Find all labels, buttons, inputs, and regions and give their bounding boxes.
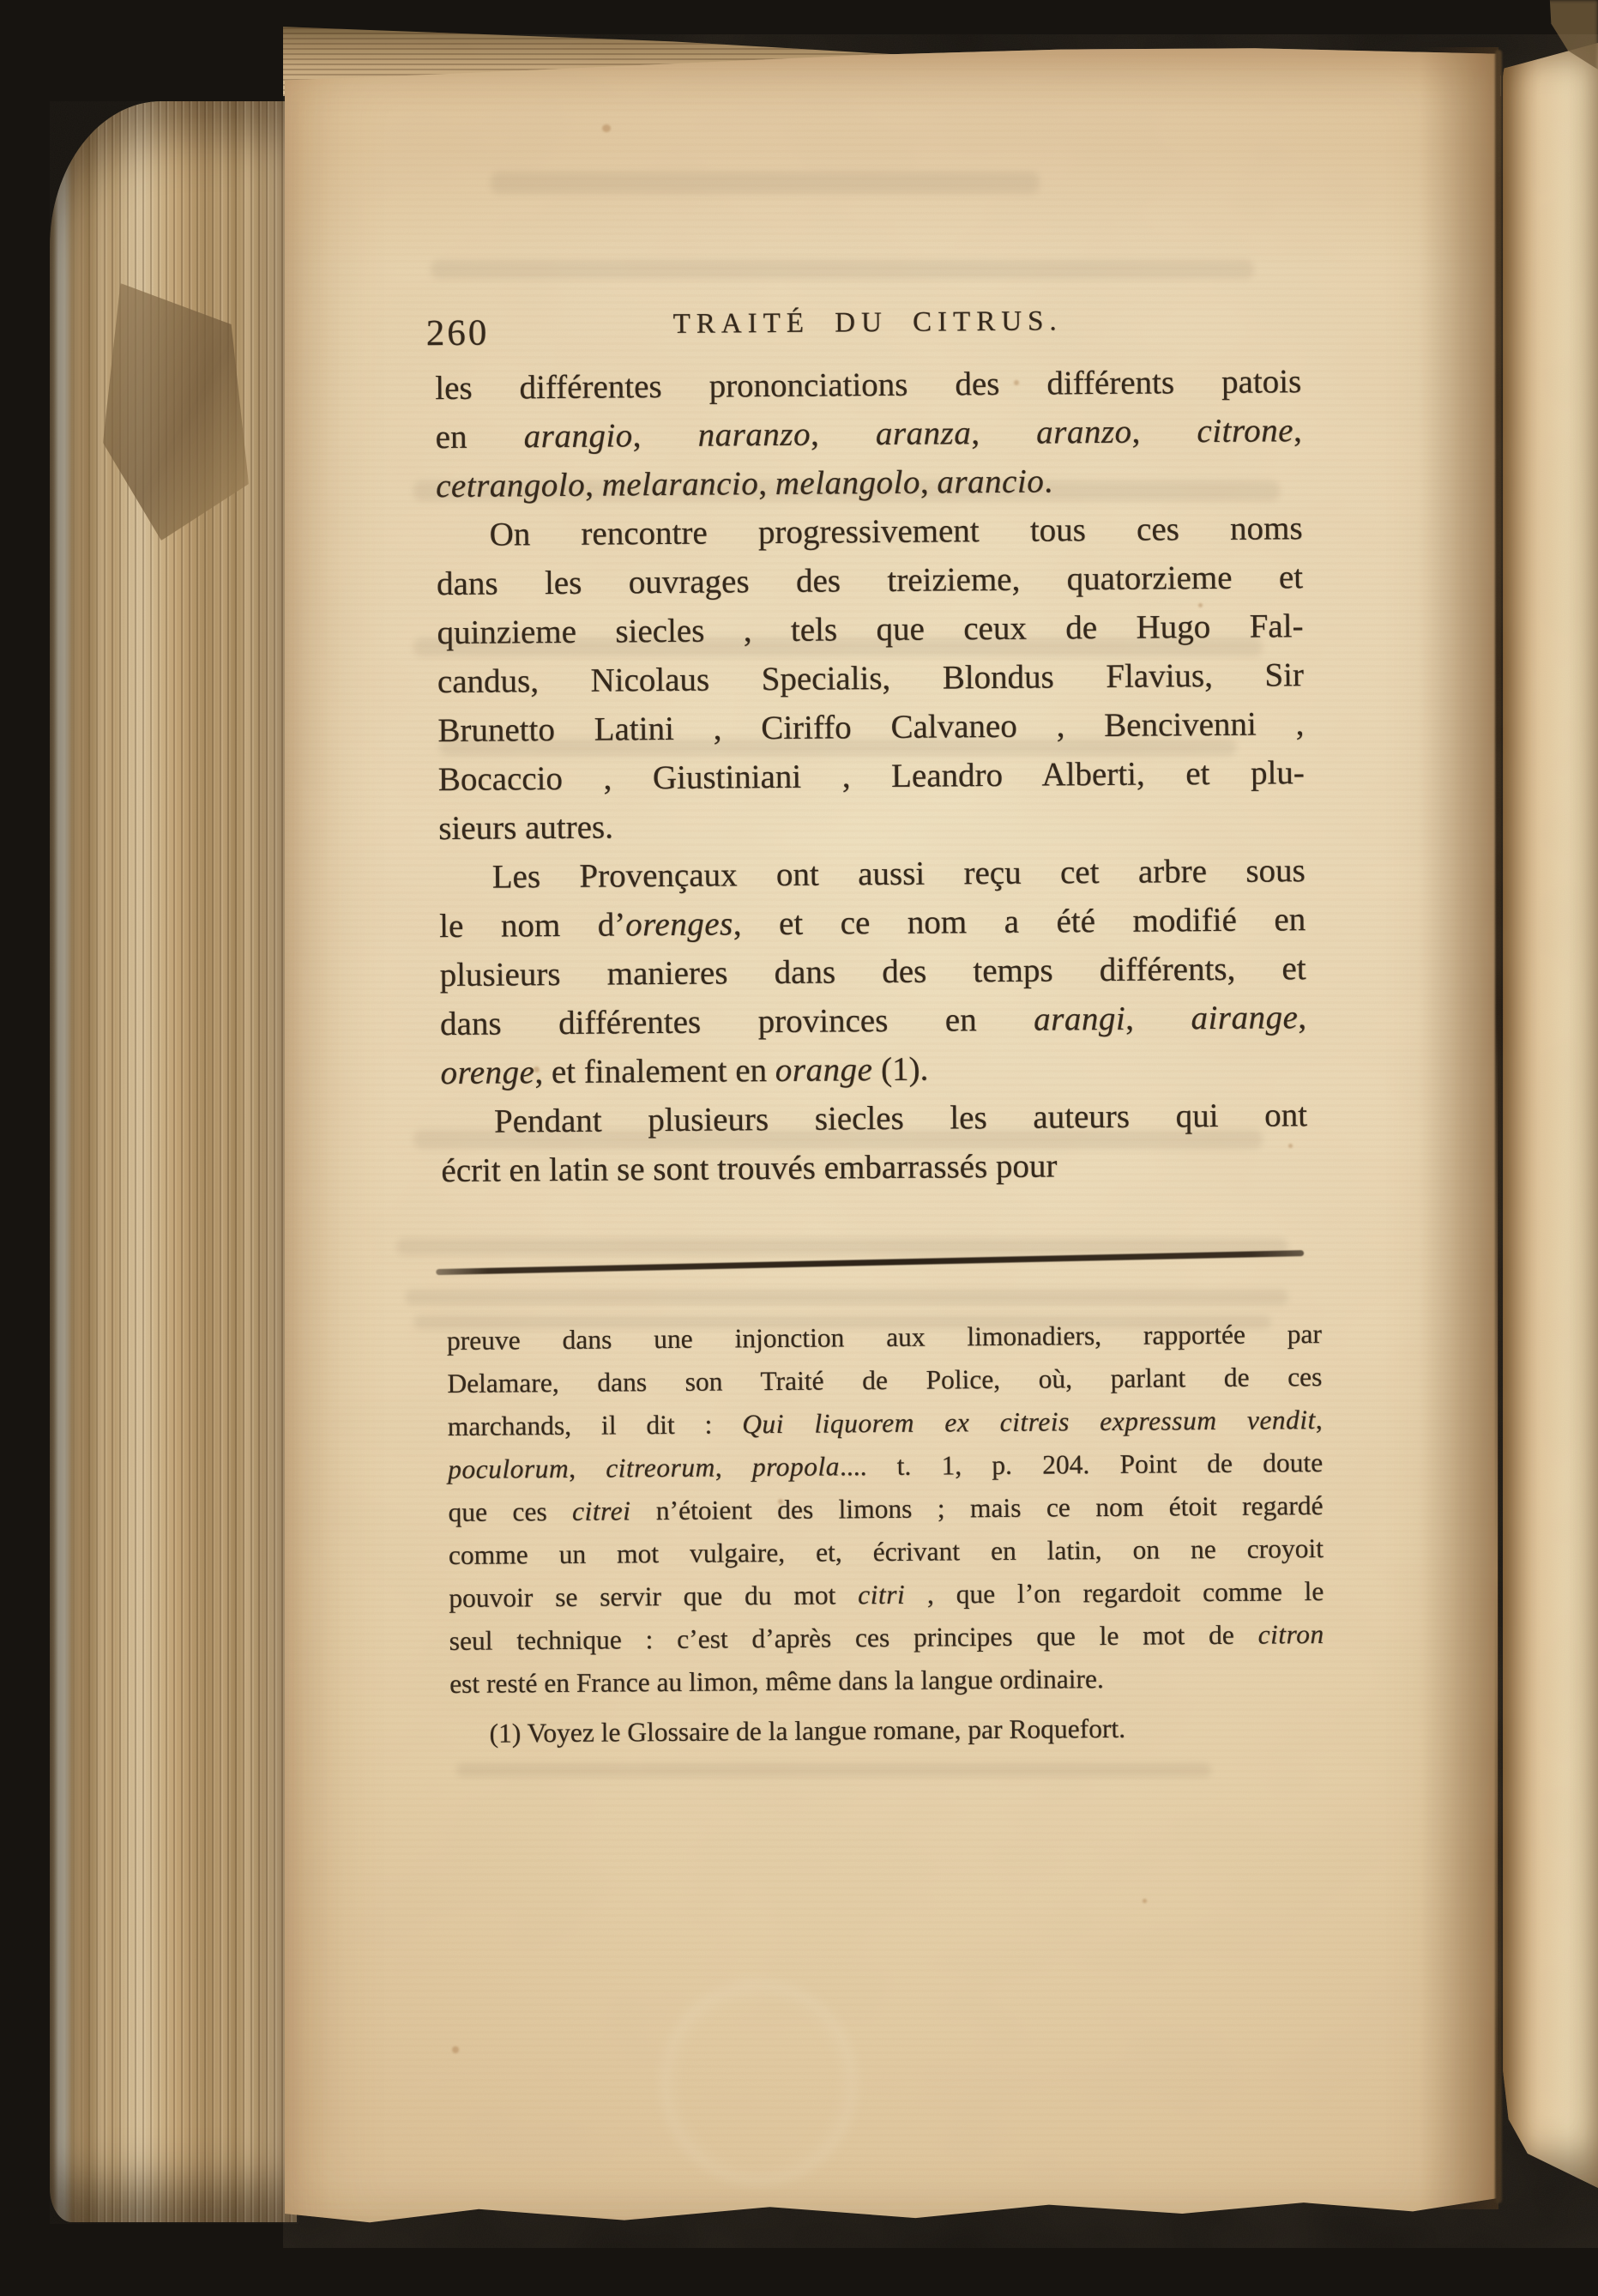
text-line: les différentes prononciations des diffé… xyxy=(435,357,1301,413)
text-line: écrit en latin se sont trouvés embarrass… xyxy=(441,1139,1307,1195)
text-line: marchands, il dit : Qui liquorem ex citr… xyxy=(448,1399,1323,1448)
paragraph: On rencontre progressivement tous ces no… xyxy=(436,504,1305,853)
footnote-separator-rule xyxy=(436,1250,1304,1275)
text-line: comme un mot vulgaire, et, écrivant en l… xyxy=(449,1527,1324,1577)
text-line: Brunetto Latini , Ciriffo Calvaneo , Ben… xyxy=(437,699,1304,755)
printed-text-layer: 260 TRAITÉ DU CITRUS. les différentes pr… xyxy=(0,0,1598,2296)
paragraph: les différentes prononciations des diffé… xyxy=(435,357,1302,511)
text-line: le nom d’orenges, et ce nom a été modifi… xyxy=(439,895,1306,951)
text-line: preuve dans une injonction aux limonadie… xyxy=(447,1313,1322,1362)
text-line: pouvoir se servir que du mot citri , que… xyxy=(449,1570,1324,1620)
text-line: dans différentes provinces en arangi, ai… xyxy=(440,993,1306,1048)
footnote-paragraph: preuve dans une injonction aux limonadie… xyxy=(447,1313,1325,1706)
text-line: en arangio, naranzo, aranza, aranzo, cit… xyxy=(435,406,1301,462)
text-line: sieurs autres. xyxy=(438,797,1305,853)
text-line: est resté en France au limon, même dans … xyxy=(449,1656,1324,1706)
text-line: dans les ouvrages des treizieme, quatorz… xyxy=(437,553,1303,608)
text-line: cetrangolo, melarancio, melangolo, aranc… xyxy=(436,455,1302,511)
running-title: TRAITÉ DU CITRUS. xyxy=(435,304,1301,342)
text-line: seul technique : c’est d’après ces princ… xyxy=(449,1613,1324,1663)
text-line: Les Provençaux ont aussi reçu cet arbre … xyxy=(439,846,1306,902)
footnote-paragraph: (1) Voyez le Glossaire de la langue roma… xyxy=(449,1706,1324,1755)
footnote-text: preuve dans une injonction aux limonadie… xyxy=(447,1313,1325,1755)
paragraph: Pendant plusieurs siecles les auteurs qu… xyxy=(441,1091,1308,1195)
text-line: Pendant plusieurs siecles les auteurs qu… xyxy=(441,1091,1307,1146)
text-line: On rencontre progressivement tous ces no… xyxy=(436,504,1302,559)
text-line: plusieurs manieres dans des temps différ… xyxy=(439,944,1306,1000)
text-line: poculorum, citreorum, propola.... t. 1, … xyxy=(448,1441,1323,1491)
text-line: quinzieme siecles , tels que ceux de Hug… xyxy=(437,601,1303,657)
body-text: les différentes prononciations des diffé… xyxy=(435,357,1308,1195)
text-line: Delamare, dans son Traité de Police, où,… xyxy=(447,1356,1322,1405)
paragraph: Les Provençaux ont aussi reçu cet arbre … xyxy=(439,846,1307,1097)
text-line: candus, Nicolaus Specialis, Blondus Flav… xyxy=(437,650,1304,706)
text-line: (1) Voyez le Glossaire de la langue roma… xyxy=(449,1706,1324,1755)
text-line: que ces citrei n’étoient des limons ; ma… xyxy=(448,1484,1323,1534)
scanned-book-photo: 260 TRAITÉ DU CITRUS. les différentes pr… xyxy=(0,0,1598,2296)
text-line: orenge, et finalement en orange (1). xyxy=(440,1042,1306,1097)
text-line: Bocaccio , Giustiniani , Leandro Alberti… xyxy=(438,748,1305,804)
